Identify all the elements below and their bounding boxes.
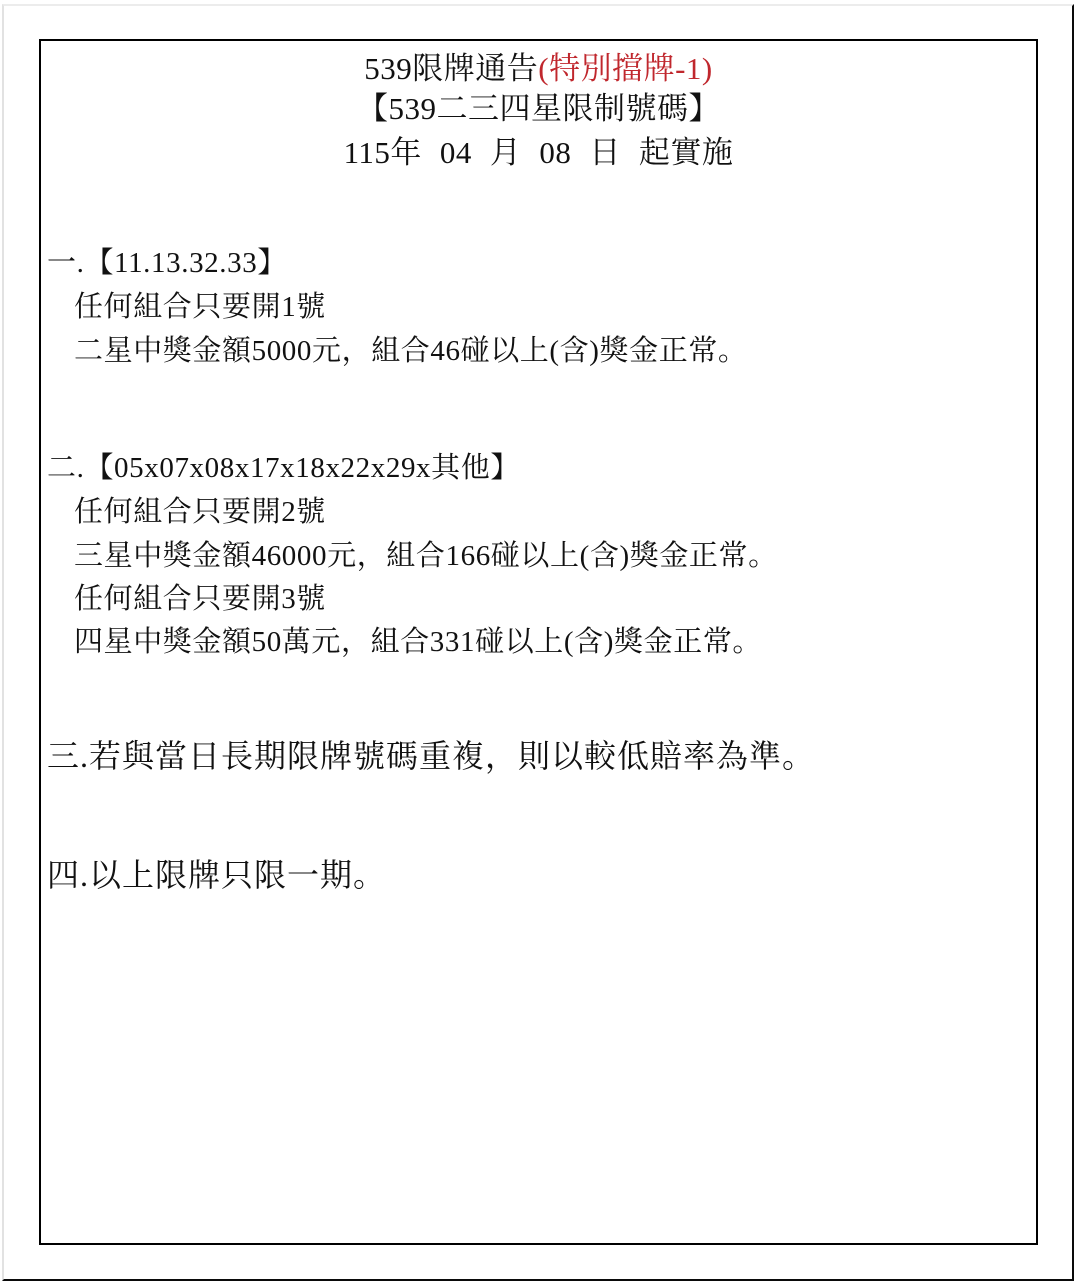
date-day-label: 日 (589, 135, 621, 170)
section-1-line-1: 任何組合只要開1號 (74, 290, 326, 324)
date-month-value: 04 (440, 135, 472, 170)
section-4-text: 四.以上限牌只限一期。 (47, 856, 386, 894)
notice-subtitle: 【539二三四星限制號碼】 (41, 91, 1036, 127)
section-2-heading: 二.【05x07x08x17x18x22x29x其他】 (47, 451, 520, 485)
title-special-tag: (特別擋牌-1) (538, 51, 712, 86)
date-day-value: 08 (539, 135, 571, 170)
notice-title: 539限牌通告(特別擋牌-1) (41, 51, 1036, 87)
section-2-line-1: 任何組合只要開2號 (74, 495, 326, 529)
section-1-heading: 一.【11.13.32.33】 (47, 246, 287, 280)
section-1-line-2: 二星中獎金額5000元，組合46碰以上(含)獎金正常。 (74, 334, 748, 368)
effective-date: 115年04月08日起實施 (41, 135, 1036, 171)
notice-box: 539限牌通告(特別擋牌-1) 【539二三四星限制號碼】 115年04月08日… (39, 39, 1038, 1245)
section-3-text: 三.若與當日長期限牌號碼重複，則以較低賠率為準。 (47, 737, 815, 775)
date-year: 115年 (344, 135, 422, 170)
section-2-line-2: 三星中獎金額46000元，組合166碰以上(含)獎金正常。 (74, 539, 778, 573)
title-main: 539限牌通告 (364, 51, 538, 86)
section-2-line-3: 任何組合只要開3號 (74, 582, 326, 616)
date-suffix: 起實施 (639, 135, 734, 170)
section-2-line-4: 四星中獎金額50萬元，組合331碰以上(含)獎金正常。 (74, 625, 762, 659)
date-month-label: 月 (490, 135, 522, 170)
